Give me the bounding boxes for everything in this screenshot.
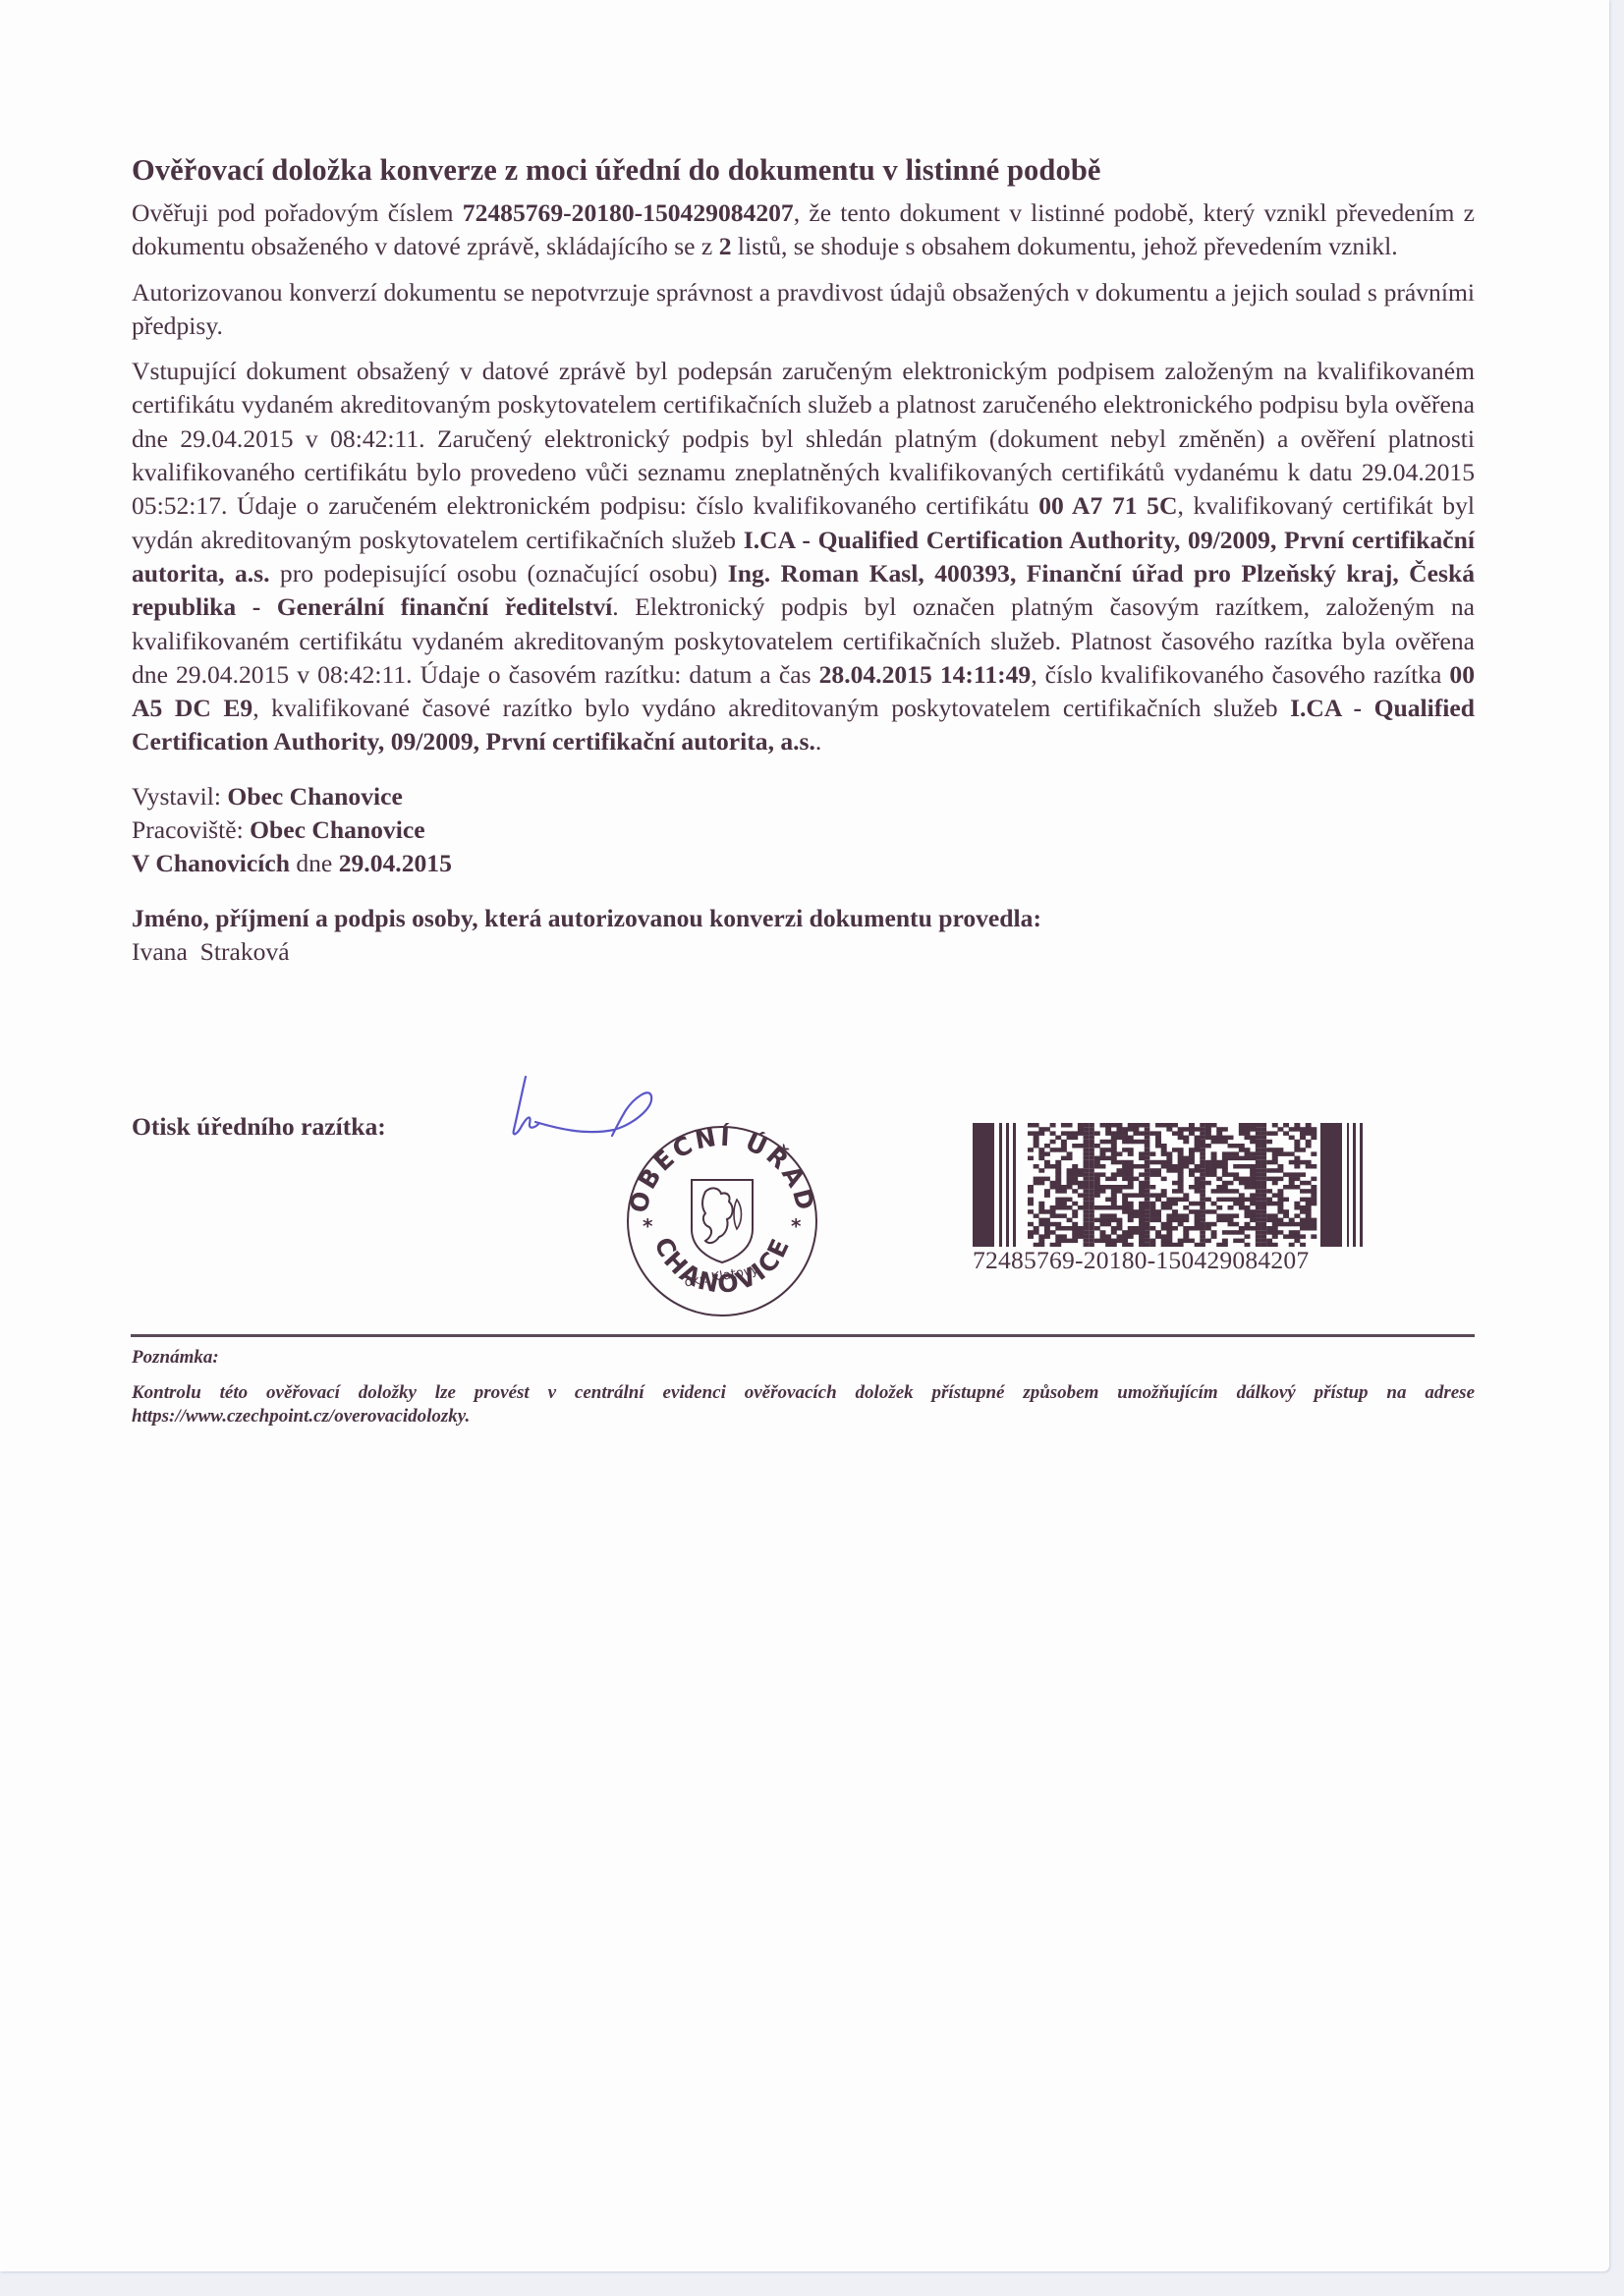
place-date-line: V Chanovicích dne 29.04.2015 (132, 847, 1475, 880)
svg-text:*: * (791, 1214, 802, 1238)
workplace-line: Pracoviště: Obec Chanovice (132, 813, 1475, 847)
person-heading: Jméno, příjmení a podpis osoby, která au… (132, 902, 1475, 935)
text: Ověřuji pod pořadovým číslem (132, 198, 463, 227)
label: Pracoviště: (132, 815, 250, 844)
text: , číslo kvalifikovaného časového razítka (1031, 660, 1449, 689)
svg-text:CHANOVICE: CHANOVICE (648, 1233, 796, 1299)
paragraph-signature-details: Vstupující dokument obsažený v datové zp… (132, 355, 1475, 759)
workplace: Obec Chanovice (250, 815, 424, 844)
note-label: Poznámka: (132, 1346, 1475, 1370)
text: . (815, 727, 821, 756)
label: dne (290, 849, 339, 877)
paragraph-order-number: Ověřuji pod pořadovým číslem 72485769-20… (132, 196, 1475, 264)
place: V Chanovicích (132, 849, 290, 877)
certificate-number: 00 A7 71 5C (1038, 491, 1177, 520)
svg-text:*: * (643, 1214, 653, 1238)
issuer-block: Vystavil: Obec Chanovice Pracoviště: Obe… (132, 780, 1475, 881)
note-text: Kontrolu této ověřovací doložky lze prov… (132, 1381, 1475, 1428)
label: Vystavil: (132, 782, 227, 811)
note: Poznámka: Kontrolu této ověřovací doložk… (132, 1346, 1475, 1428)
document-page: Ověřovací doložka konverze z moci úřední… (0, 0, 1609, 2271)
text: , kvalifikované časové razítko bylo vydá… (252, 694, 1290, 722)
timestamp: 28.04.2015 14:11:49 (819, 660, 1032, 689)
text: pro podepisující osobu (označující osobu… (270, 559, 728, 588)
person-name: Ivana Straková (132, 935, 1475, 969)
barcode-number: 72485769-20180-150429084207 (973, 1246, 1366, 1275)
issued-by: Obec Chanovice (227, 782, 402, 811)
paragraph-disclaimer: Autorizovanou konverzí dokumentu se nepo… (132, 276, 1475, 344)
text: listů, se shoduje s obsahem dokumentu, j… (732, 232, 1398, 260)
document-title: Ověřovací doložka konverze z moci úřední… (132, 152, 1475, 188)
date: 29.04.2015 (339, 849, 452, 877)
divider (131, 1334, 1475, 1337)
order-number: 72485769-20180-150429084207 (463, 198, 794, 227)
coat-of-arms-icon (692, 1180, 753, 1262)
stamp-label: Otisk úředního razítka: (132, 1110, 386, 1144)
pdf417-barcode (973, 1123, 1364, 1247)
verification-clause: Ověřovací doložka konverze z moci úřední… (132, 152, 1475, 969)
official-stamp: OBECNÍ ÚŘAD CHANOVICE * * okr. Klatovy (619, 1123, 825, 1319)
issued-by-line: Vystavil: Obec Chanovice (132, 780, 1475, 813)
sheet-count: 2 (719, 232, 732, 260)
svg-text:OBECNÍ ÚŘAD: OBECNÍ ÚŘAD (624, 1123, 820, 1215)
